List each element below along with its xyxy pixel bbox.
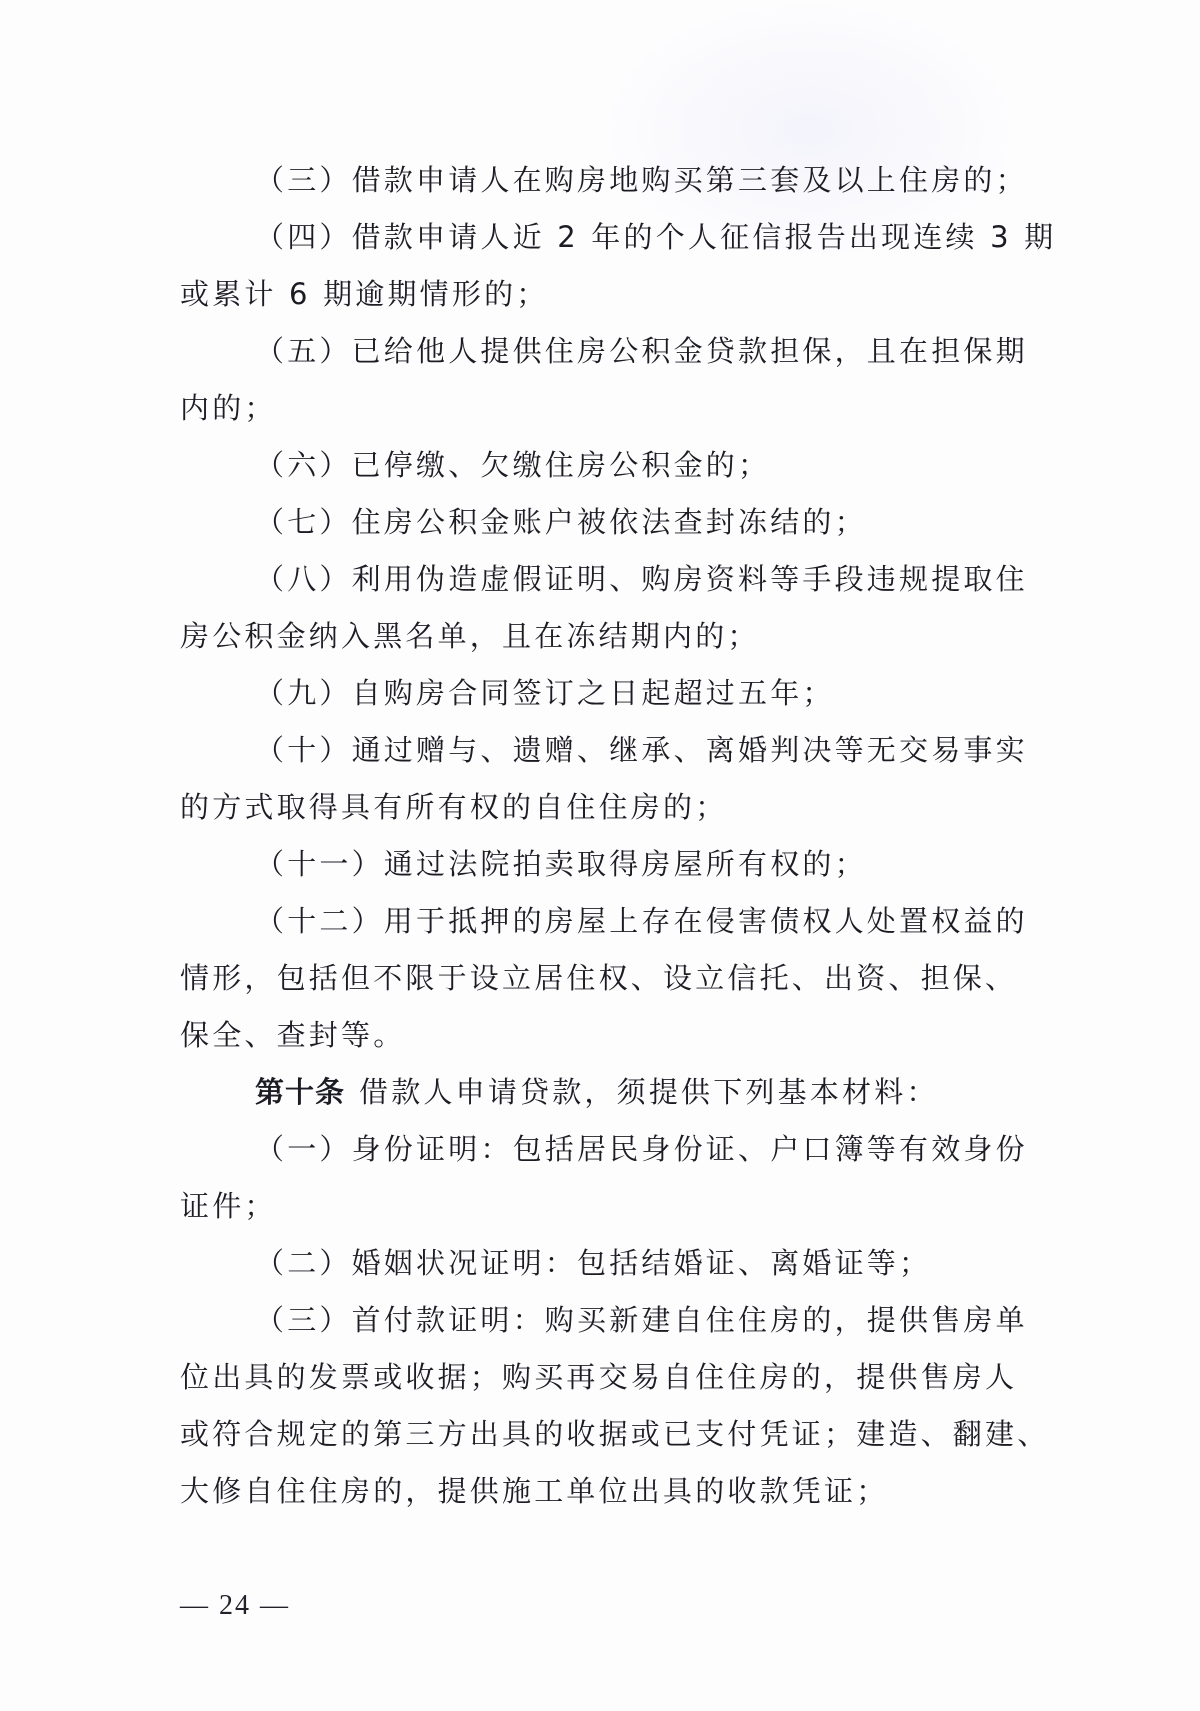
material-3-line-3: 或符合规定的第三方出具的收据或已支付凭证；建造、翻建、 bbox=[180, 1406, 1020, 1463]
material-3-line-2: 位出具的发票或收据；购买再交易自住住房的，提供售房人 bbox=[180, 1349, 1020, 1406]
article-number: 第十条 bbox=[255, 1075, 345, 1109]
material-1-line-2: 证件； bbox=[180, 1178, 1020, 1235]
page-number: — 24 — bbox=[180, 1590, 290, 1622]
clause-12-line-1: （十二）用于抵押的房屋上存在侵害债权人处置权益的 bbox=[180, 893, 1020, 950]
clause-5-line-1: （五）已给他人提供住房公积金贷款担保，且在担保期 bbox=[180, 323, 1020, 380]
material-3-line-4: 大修自住住房的，提供施工单位出具的收款凭证； bbox=[180, 1463, 1020, 1520]
material-2-line: （二）婚姻状况证明：包括结婚证、离婚证等； bbox=[180, 1235, 1020, 1292]
material-1-line-1: （一）身份证明：包括居民身份证、户口簿等有效身份 bbox=[180, 1121, 1020, 1178]
clause-9-line: （九）自购房合同签订之日起超过五年； bbox=[180, 665, 1020, 722]
material-3-line-1: （三）首付款证明：购买新建自住住房的，提供售房单 bbox=[180, 1292, 1020, 1349]
clause-12-line-2: 情形，包括但不限于设立居住权、设立信托、出资、担保、 bbox=[180, 950, 1020, 1007]
clause-6-line: （六）已停缴、欠缴住房公积金的； bbox=[180, 437, 1020, 494]
clause-12-line-3: 保全、查封等。 bbox=[180, 1007, 1020, 1064]
clause-4-line-2: 或累计 6 期逾期情形的； bbox=[180, 266, 1020, 323]
article-10-text: 借款人申请贷款，须提供下列基本材料： bbox=[359, 1075, 939, 1109]
clause-5-line-2: 内的； bbox=[180, 380, 1020, 437]
clause-8-line-2: 房公积金纳入黑名单，且在冻结期内的； bbox=[180, 608, 1020, 665]
document-body: （三）借款申请人在购房地购买第三套及以上住房的； （四）借款申请人近 2 年的个… bbox=[180, 152, 1020, 1520]
clause-4-line-1: （四）借款申请人近 2 年的个人征信报告出现连续 3 期 bbox=[180, 209, 1020, 266]
clause-3-line: （三）借款申请人在购房地购买第三套及以上住房的； bbox=[180, 152, 1020, 209]
article-10-heading: 第十条借款人申请贷款，须提供下列基本材料： bbox=[180, 1064, 1020, 1121]
clause-10-line-1: （十）通过赠与、遗赠、继承、离婚判决等无交易事实 bbox=[180, 722, 1020, 779]
clause-10-line-2: 的方式取得具有所有权的自住住房的； bbox=[180, 779, 1020, 836]
clause-7-line: （七）住房公积金账户被依法查封冻结的； bbox=[180, 494, 1020, 551]
clause-11-line: （十一）通过法院拍卖取得房屋所有权的； bbox=[180, 836, 1020, 893]
clause-8-line-1: （八）利用伪造虚假证明、购房资料等手段违规提取住 bbox=[180, 551, 1020, 608]
